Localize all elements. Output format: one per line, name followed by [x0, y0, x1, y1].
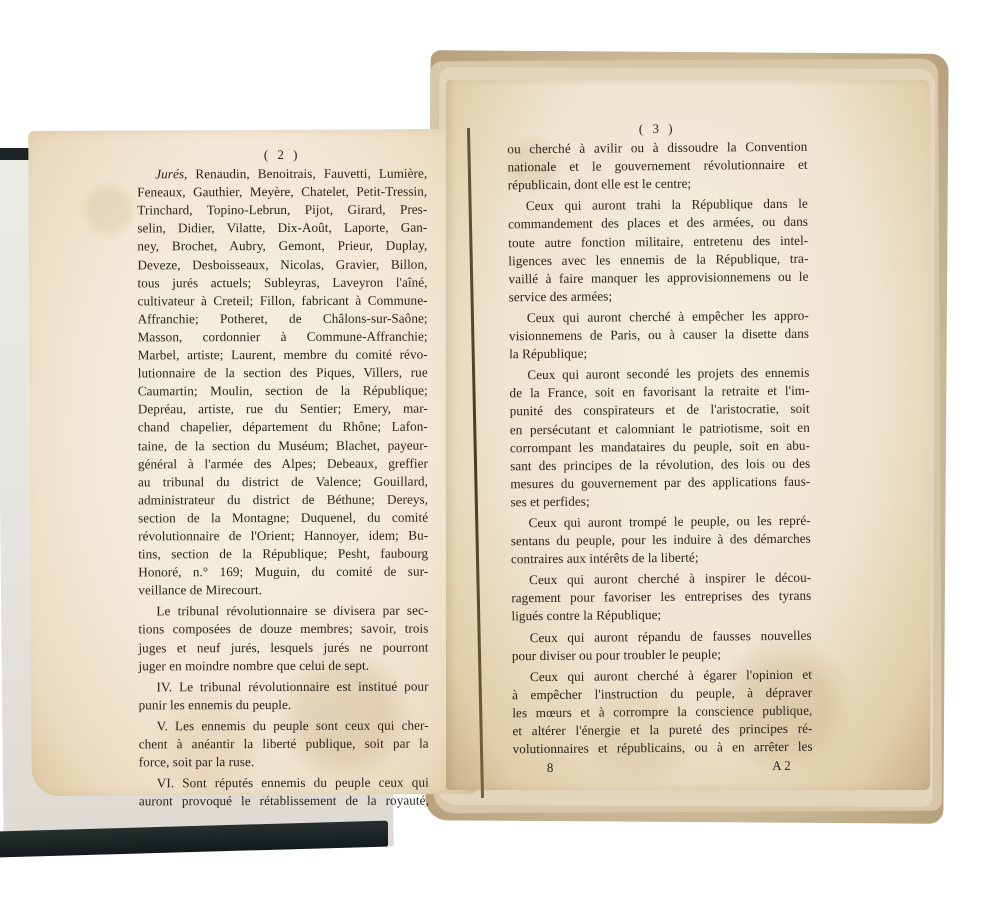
page-number-right: ( 3 ): [507, 119, 807, 140]
line-text: Le tribunal révolutionnaire se divisera …: [156, 603, 428, 619]
line-text: , Renaudin, Benoitrais, Fauvetti, Lumièr…: [184, 166, 427, 182]
line-text: général à l'armée des Alpes; Debeaux, gr…: [138, 455, 428, 471]
line-text: au tribunal du district de Valence; Goui…: [138, 473, 428, 489]
text-line: chent à anéantir la liberté publique, so…: [139, 735, 429, 754]
line-text: visionnemens de Paris, ou à causer la di…: [509, 326, 809, 344]
line-text: cultivateur à Creteil; Fillon, fabricant…: [138, 292, 428, 308]
line-text: service des armées;: [509, 288, 613, 304]
text-line: veillance de Mirecourt.: [138, 581, 428, 600]
text-line: Marbel, artiste; Laurent, membre du comi…: [138, 346, 428, 365]
text-line: service des armées;: [509, 286, 809, 307]
line-text: contraires aux intérêts de la liberté;: [511, 550, 699, 567]
line-text: à empêcher l'instruction du peuple, à dé…: [512, 684, 812, 702]
book-cover-edge-top: [0, 148, 32, 160]
text-line: administrateur du district de Béthune; D…: [138, 490, 428, 509]
text-line: ligences avec les ennemis de la Républiq…: [508, 249, 808, 270]
line-text: Depréau, artiste, rue du Sentier; Emery,…: [138, 401, 428, 417]
line-text: Affranchie; Potheret, de Châlons-sur-Saô…: [138, 310, 428, 326]
text-line: la République;: [509, 343, 809, 364]
signature-number: 8: [547, 759, 554, 777]
line-text: juges et neuf jurés, lesquels jurés ne p…: [138, 639, 428, 655]
text-line: sant des principes de la révolution, des…: [510, 454, 810, 475]
text-line: visionnemens de Paris, ou à causer la di…: [509, 325, 809, 346]
line-text: pour diviser ou pour troubler le peuple;: [512, 646, 721, 663]
signature-mark: A 2: [772, 757, 791, 775]
paragraph: VI. Sont réputés ennemis du peuple ceux …: [139, 774, 429, 811]
line-text: toute autre fonction militaire, entreten…: [508, 232, 808, 250]
line-text: en persécutant et calomniant le patrioti…: [510, 419, 810, 437]
paragraph: ou cherché à avilir ou à dissoudre la Co…: [507, 138, 807, 195]
text-line: tous jurés actuels; Subleyras, Laveyron …: [137, 273, 427, 292]
line-text: ligences avec les ennemis de la Républiq…: [508, 250, 808, 268]
text-line: Ceux qui auront cherché à égarer l'opini…: [512, 665, 812, 686]
line-text: chent à anéantir la liberté publique, so…: [139, 736, 429, 752]
text-line: Jurés, Renaudin, Benoitrais, Fauvetti, L…: [137, 165, 427, 184]
text-line: toute autre fonction militaire, entreten…: [508, 231, 808, 252]
text-line: auront provoqué le rétablissement de la …: [139, 792, 429, 811]
text-line: Caumartin; Moulin, section de la Républi…: [138, 382, 428, 401]
line-text: tous jurés actuels; Subleyras, Laveyron …: [137, 274, 427, 290]
line-text: Honoré, n.° 169; Muguin, du comité de su…: [138, 564, 428, 580]
paragraph: V. Les ennemis du peuple sont ceux qui c…: [139, 717, 429, 772]
paragraph: Ceux qui auront trahi la République dans…: [508, 195, 809, 306]
paragraph: Ceux qui auront trompé le peuple, ou les…: [511, 512, 811, 569]
line-text: section de la Montagne; Duquenel, du com…: [138, 509, 428, 525]
line-text: républicain, dont elle est le centre;: [508, 176, 692, 193]
line-text: administrateur du district de Béthune; D…: [138, 491, 428, 507]
paragraph: Jurés, Renaudin, Benoitrais, Fauvetti, L…: [137, 165, 428, 600]
text-line: général à l'armée des Alpes; Debeaux, gr…: [138, 454, 428, 473]
line-text: auront provoqué le rétablissement de la …: [139, 793, 429, 809]
paragraph: Ceux qui auront répandu de fausses nouve…: [512, 626, 812, 665]
text-line: commandement des places et des armées, o…: [508, 213, 808, 234]
line-text: Trinchard, Topino-Lebrun, Pijot, Girard,…: [137, 202, 427, 218]
text-line: juges et neuf jurés, lesquels jurés ne p…: [138, 638, 428, 657]
line-text: ses et perfides;: [510, 493, 589, 509]
text-line: vaillé à faire manquer les approvisionne…: [508, 267, 808, 288]
line-text: veillance de Mirecourt.: [138, 582, 262, 597]
text-line: tions composées de douze membres; savoir…: [138, 620, 428, 639]
text-line: force, soit par la ruse.: [139, 753, 429, 772]
text-line: mesures du gouvernement par des applicat…: [510, 472, 810, 493]
line-text: et altérer l'énergie et la pureté des pr…: [512, 721, 812, 739]
text-line: punir les ennemis du peuple.: [139, 695, 429, 714]
text-line: chand chapelier, département du Rhône; L…: [138, 418, 428, 437]
text-line: sentans du peuple, pour les induire à de…: [511, 530, 811, 551]
text-line: section de la Montagne; Duquenel, du com…: [138, 508, 428, 527]
paragraph: Ceux qui auront cherché à inspirer le dé…: [511, 569, 811, 626]
line-text: nationale et le gouvernement révolutionn…: [507, 157, 807, 175]
text-line: IV. Le tribunal révolutionnaire est inst…: [139, 677, 429, 696]
line-text: vaillé à faire manquer les approvisionne…: [508, 268, 808, 286]
line-text: volutionnaires et républicains, ou à en …: [513, 739, 813, 757]
text-line: républicain, dont elle est le centre;: [508, 174, 808, 195]
line-text: ou cherché à avilir ou à dissoudre la Co…: [507, 139, 807, 157]
line-text: Feneaux, Gauthier, Meyère, Chatelet, Pet…: [137, 184, 427, 200]
paragraph: Ceux qui auront cherché à empêcher les a…: [509, 307, 809, 364]
text-line: en persécutant et calomniant le patrioti…: [510, 418, 810, 439]
text-line: Trinchard, Topino-Lebrun, Pijot, Girard,…: [137, 201, 427, 220]
line-text: chand chapelier, département du Rhône; L…: [138, 419, 428, 435]
line-text: V. Les ennemis du peuple sont ceux qui c…: [157, 718, 429, 734]
line-text: Ceux qui auront trompé le peuple, ou les…: [529, 513, 811, 530]
text-line: Masson, cordonnier à Commune-Affranchie;: [138, 328, 428, 347]
line-text: punité des conspirateurs et de l'aristoc…: [510, 401, 810, 419]
line-text: juger en moindre nombre que celui de sep…: [138, 657, 369, 673]
page-footer: 8 A 2: [513, 757, 813, 778]
text-line: contraires aux intérêts de la liberté;: [511, 548, 811, 569]
text-line: nationale et le gouvernement révolutionn…: [507, 156, 807, 177]
line-text: force, soit par la ruse.: [139, 754, 254, 769]
text-line: Ceux qui auront répandu de fausses nouve…: [512, 626, 812, 647]
line-text: IV. Le tribunal révolutionnaire est inst…: [157, 678, 429, 694]
line-text: Masson, cordonnier à Commune-Affranchie;: [138, 329, 428, 345]
line-text: Ceux qui auront répandu de fausses nouve…: [530, 627, 812, 644]
text-line: taine, de la section du Muséum; Blachet,…: [138, 436, 428, 455]
line-text: corrompant les mandataires du peuple, so…: [510, 437, 810, 455]
line-text: VI. Sont réputés ennemis du peuple ceux …: [157, 775, 429, 791]
text-line: tins, section de la République; Pesht, f…: [138, 545, 428, 564]
paragraph: Ceux qui auront cherché à égarer l'opini…: [512, 665, 813, 758]
text-line: ses et perfides;: [510, 491, 810, 512]
text-line: ragement pour favoriser les entreprises …: [511, 587, 811, 608]
text-line: Le tribunal révolutionnaire se divisera …: [138, 602, 428, 621]
line-text: Marbel, artiste; Laurent, membre du comi…: [138, 347, 428, 363]
line-text: ney, Brochet, Aubry, Gemont, Prieur, Dup…: [137, 238, 427, 254]
line-text: Ceux qui auront cherché à égarer l'opini…: [530, 666, 812, 683]
line-text: taine, de la section du Muséum; Blachet,…: [138, 437, 428, 453]
line-text: sentans du peuple, pour les induire à de…: [511, 531, 811, 549]
text-line: corrompant les mandataires du peuple, so…: [510, 436, 810, 457]
text-line: volutionnaires et républicains, ou à en …: [513, 738, 813, 759]
paragraph: Ceux qui auront secondé les projets des …: [509, 364, 810, 511]
line-text: Ceux qui auront cherché à inspirer le dé…: [529, 570, 811, 587]
line-text: la République;: [509, 346, 587, 362]
text-line: ligués contre la République;: [511, 605, 811, 626]
line-text: commandement des places et des armées, o…: [508, 214, 808, 232]
line-text: lutionnaire de la section des Piques, Vi…: [138, 365, 428, 381]
text-line: Depréau, artiste, rue du Sentier; Emery,…: [138, 400, 428, 419]
text-line: pour diviser ou pour troubler le peuple;: [512, 644, 812, 665]
line-text: Deveze, Desboisseaux, Nicolas, Gravier, …: [137, 256, 427, 272]
text-line: révolutionnaire de l'Orient; Hannoyer, i…: [138, 527, 428, 546]
left-page-text: ( 2 ) Jurés, Renaudin, Benoitrais, Fauve…: [137, 146, 429, 811]
right-page-paragraphs: ou cherché à avilir ou à dissoudre la Co…: [507, 138, 812, 759]
line-text: les mœurs et à corrompre la conscience p…: [512, 703, 812, 721]
line-text: Ceux qui auront trahi la République dans…: [526, 196, 808, 213]
line-text: Caumartin; Moulin, section de la Républi…: [138, 383, 428, 399]
line-text: ligués contre la République;: [511, 607, 661, 623]
right-page-text: ( 3 ) ou cherché à avilir ou à dissoudre…: [507, 119, 813, 778]
text-line: ney, Brochet, Aubry, Gemont, Prieur, Dup…: [137, 237, 427, 256]
text-line: selin, Didier, Vilatte, Dix-Août, Laport…: [137, 219, 427, 238]
text-line: lutionnaire de la section des Piques, Vi…: [138, 364, 428, 383]
line-text: tions composées de douze membres; savoir…: [138, 621, 428, 637]
line-text: sant des principes de la révolution, des…: [510, 455, 810, 473]
text-line: Feneaux, Gauthier, Meyère, Chatelet, Pet…: [137, 183, 427, 202]
line-text: punir les ennemis du peuple.: [139, 697, 292, 712]
line-text: ragement pour favoriser les entreprises …: [511, 588, 811, 606]
line-text: de la France, soit en favorisant la retr…: [509, 383, 809, 401]
left-page-paragraphs: Jurés, Renaudin, Benoitrais, Fauvetti, L…: [137, 165, 429, 811]
text-line: Deveze, Desboisseaux, Nicolas, Gravier, …: [137, 255, 427, 274]
text-line: au tribunal du district de Valence; Goui…: [138, 472, 428, 491]
text-line: cultivateur à Creteil; Fillon, fabricant…: [138, 291, 428, 310]
text-line: VI. Sont réputés ennemis du peuple ceux …: [139, 774, 429, 793]
paragraph: IV. Le tribunal révolutionnaire est inst…: [139, 677, 429, 714]
line-text: selin, Didier, Vilatte, Dix-Août, Laport…: [137, 220, 427, 236]
italic-lead: Jurés: [155, 166, 184, 181]
paragraph: Le tribunal révolutionnaire se divisera …: [138, 602, 428, 675]
text-line: punité des conspirateurs et de l'aristoc…: [510, 400, 810, 421]
line-text: tins, section de la République; Pesht, f…: [138, 546, 428, 562]
line-text: Ceux qui auront cherché à empêcher les a…: [527, 308, 809, 325]
line-text: mesures du gouvernement par des applicat…: [510, 473, 810, 491]
text-line: V. Les ennemis du peuple sont ceux qui c…: [139, 717, 429, 736]
text-line: Affranchie; Potheret, de Châlons-sur-Saô…: [138, 309, 428, 328]
text-line: Honoré, n.° 169; Muguin, du comité de su…: [138, 563, 428, 582]
page-number-left: ( 2 ): [137, 146, 427, 165]
line-text: Ceux qui auront secondé les projets des …: [527, 365, 809, 382]
line-text: révolutionnaire de l'Orient; Hannoyer, i…: [138, 528, 428, 544]
text-line: juger en moindre nombre que celui de sep…: [138, 656, 428, 675]
